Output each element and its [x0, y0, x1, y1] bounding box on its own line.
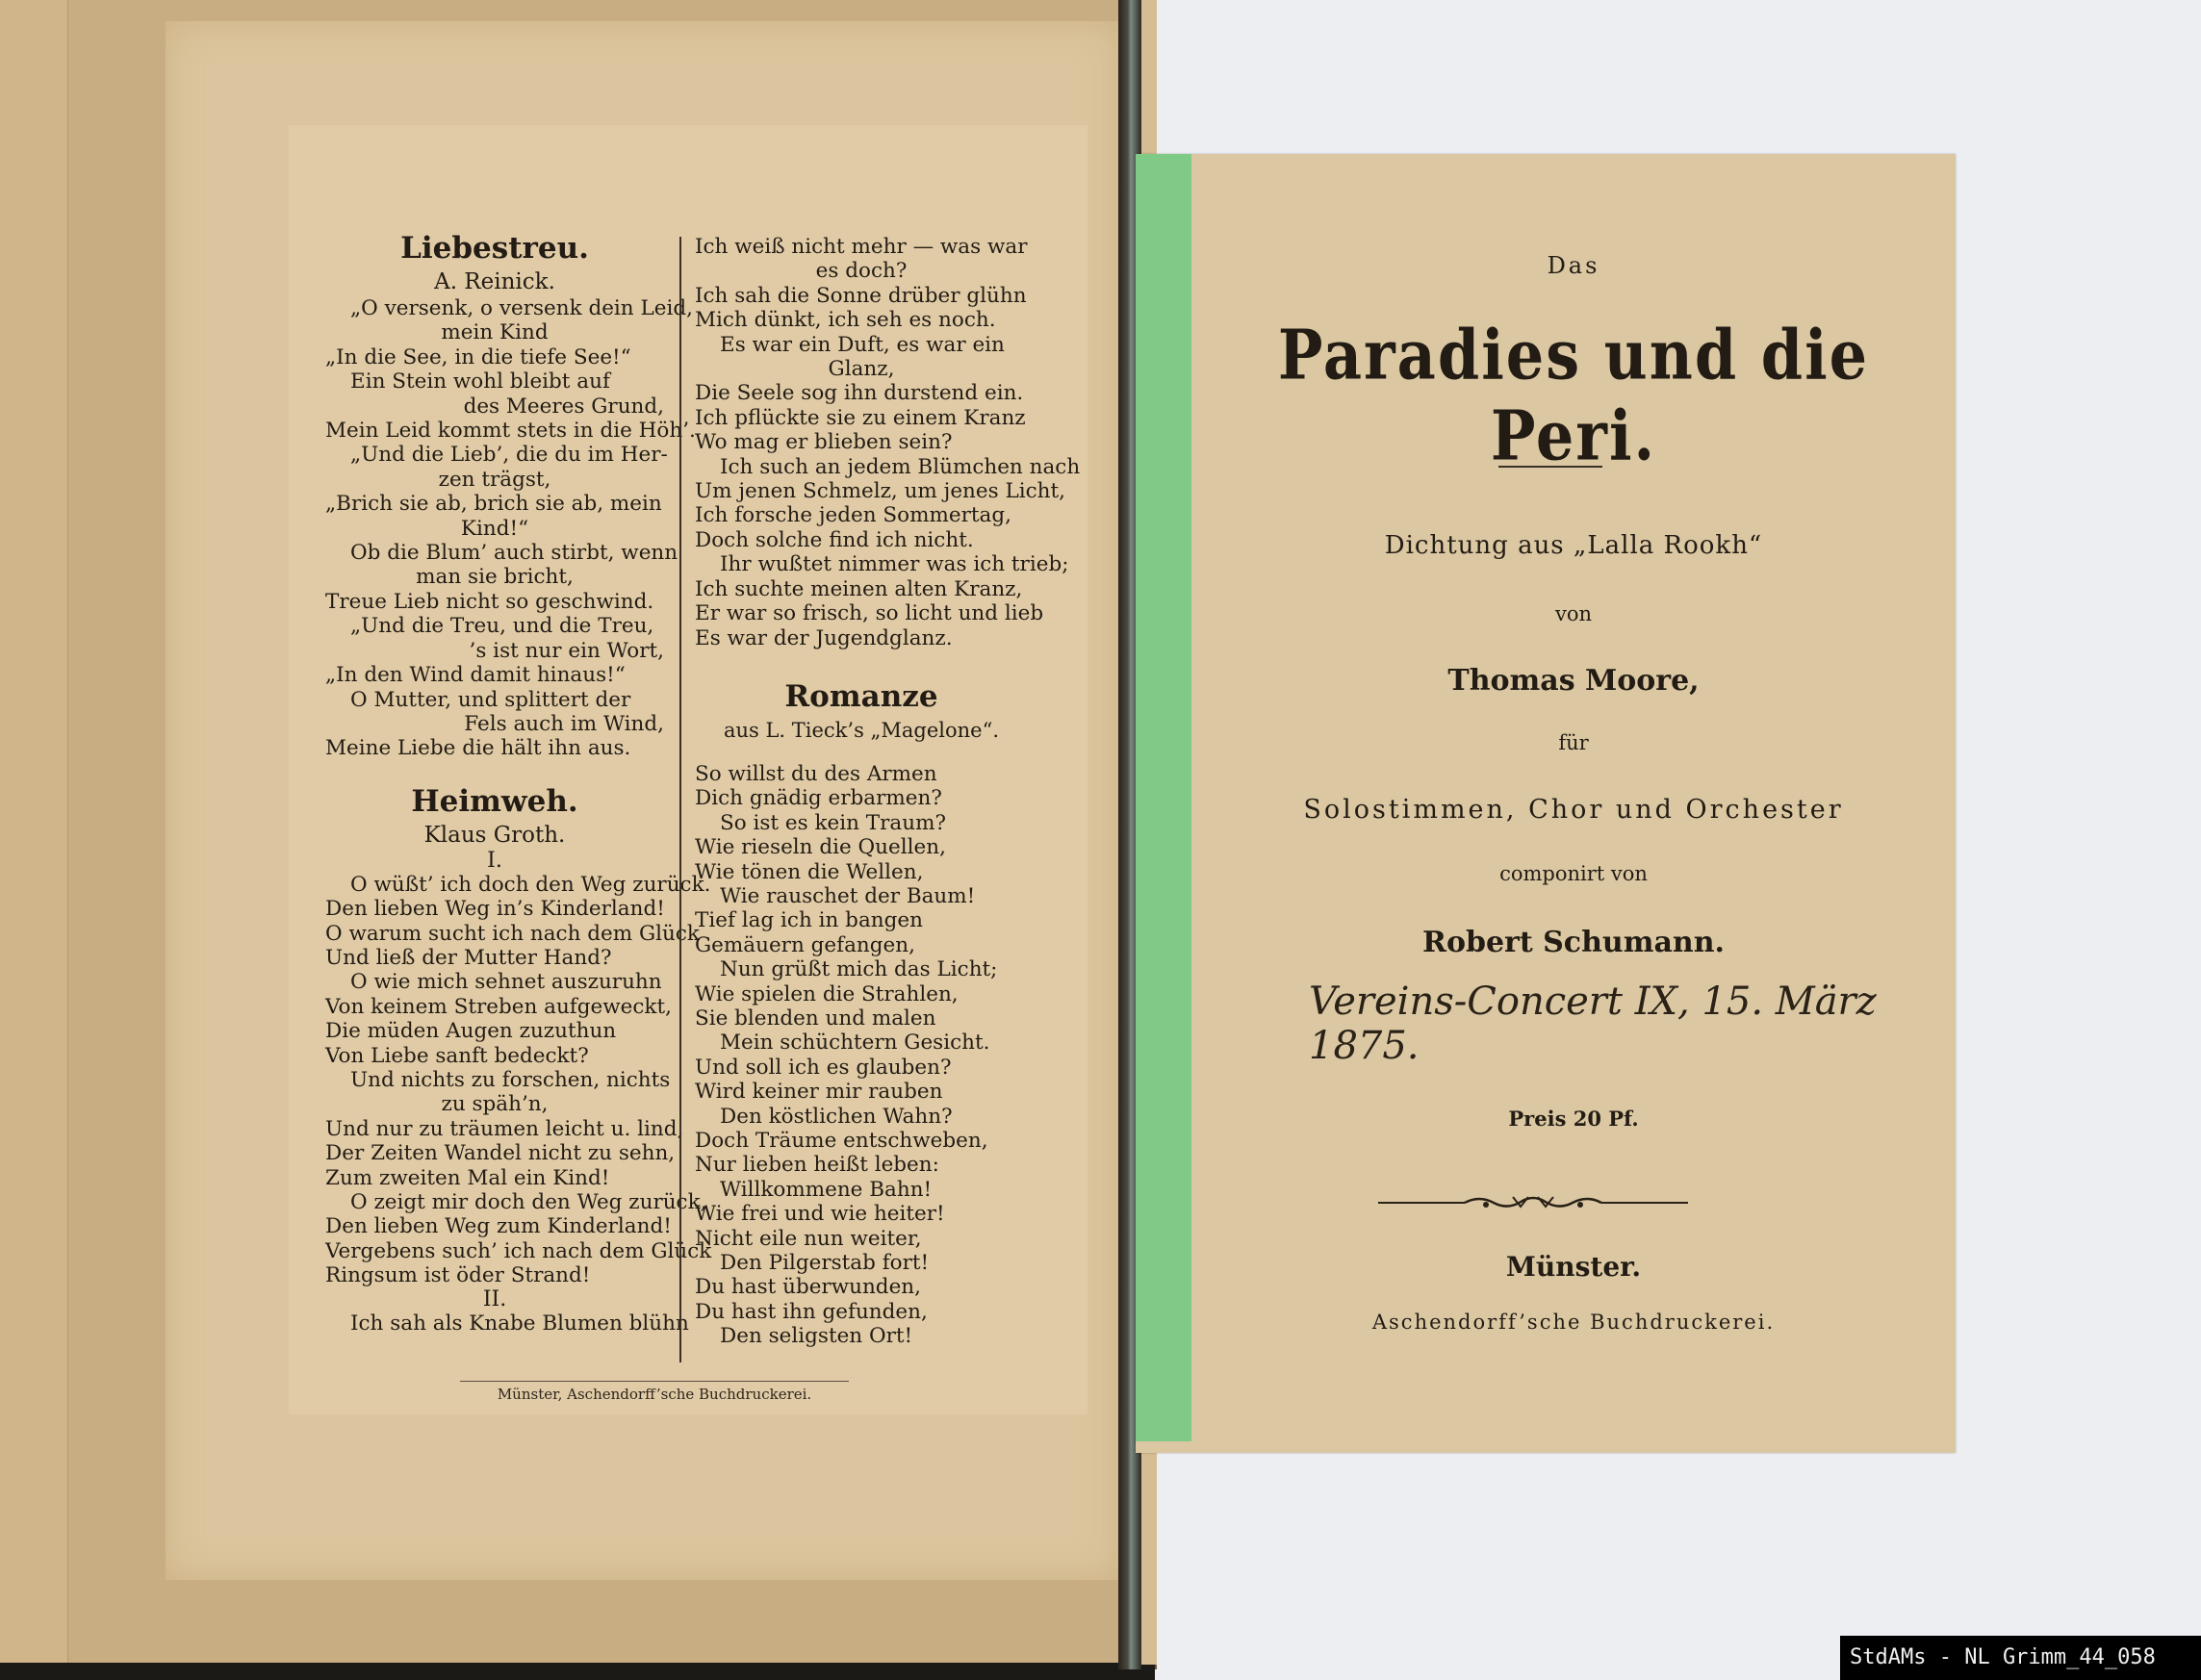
- poem-line: Nur lieben heißt leben:: [695, 1153, 1028, 1177]
- ornament-divider-icon: [1378, 1193, 1688, 1212]
- poem-line: Doch solche find ich nicht.: [695, 528, 1028, 552]
- poem-line: Um jenen Schmelz, um jenes Licht,: [695, 479, 1028, 503]
- poem-line: Nicht eile nun weiter,: [695, 1227, 1028, 1251]
- poem-line: O Mutter, und splittert der: [325, 688, 664, 712]
- poem-line: Wie spielen die Strahlen,: [695, 982, 1028, 1006]
- title-price: Preis 20 Pf.: [1193, 1107, 1954, 1131]
- poem-line: „In die See, in die tiefe See!“: [325, 345, 664, 369]
- poem-line: Ich pflückte sie zu einem Kranz: [695, 406, 1028, 430]
- poem-subtitle-magelone: aus L. Tieck’s „Magelone“.: [695, 716, 1028, 745]
- poem-line: zen trägst,: [325, 468, 664, 492]
- poem-line: „Und die Treu, und die Treu,: [325, 614, 664, 638]
- poem-line: O zeigt mir doch den Weg zurück,: [325, 1190, 664, 1214]
- green-binding-strip: [1136, 154, 1191, 1441]
- left-board-edge: [0, 0, 68, 1669]
- poem-line: Wo mag er blieben sein?: [695, 430, 1028, 454]
- poem-line: Zum zweiten Mal ein Kind!: [325, 1166, 664, 1190]
- poem-line: O warum sucht ich nach dem Glück: [325, 922, 664, 946]
- left-page-column-right: Ich weiß nicht mehr — was war es doch? I…: [695, 235, 1028, 1349]
- poem-line: Ich suchte meinen alten Kranz,: [695, 577, 1028, 601]
- poem-line: Mein schüchtern Gesicht.: [695, 1031, 1028, 1055]
- poem-line: Meine Liebe die hält ihn aus.: [325, 736, 664, 760]
- poem-line: Den seligsten Ort!: [695, 1324, 1028, 1348]
- title-scoring: Solostimmen, Chor und Orchester: [1193, 795, 1954, 825]
- poem-line: Wie tönen die Wellen,: [695, 860, 1028, 884]
- poem-line: „Brich sie ab, brich sie ab, mein: [325, 492, 664, 516]
- handwritten-annotation: Vereins-Concert IX, 15. März 1875.: [1309, 980, 1886, 1068]
- title-von: von: [1193, 602, 1954, 625]
- poem-line: Fels auch im Wind,: [325, 712, 664, 736]
- poem-line: Wird keiner mir rauben: [695, 1080, 1028, 1104]
- poem-line: Ein Stein wohl bleibt auf: [325, 369, 664, 394]
- poem-heimweh-text: O wüßt’ ich doch den Weg zurück. Den lie…: [325, 873, 664, 1288]
- poem-line: Den lieben Weg in’s Kinderland!: [325, 897, 664, 921]
- poem-line: Die Seele sog ihn durstend ein.: [695, 381, 1028, 405]
- poem-line: O wüßt’ ich doch den Weg zurück.: [325, 873, 664, 897]
- poem-line: Die müden Augen zuzuthun: [325, 1019, 664, 1043]
- poem-line: Ich sah die Sonne drüber glühn: [695, 284, 1028, 308]
- poem-liebestreu-text: „O versenk, o versenk dein Leid, mein Ki…: [325, 296, 664, 761]
- poem-line: Ob die Blum’ auch stirbt, wenn: [325, 541, 664, 565]
- poem-part-number: I.: [325, 850, 664, 873]
- poem-line: Doch Träume entschweben,: [695, 1129, 1028, 1153]
- poem-line: des Meeres Grund,: [325, 395, 664, 419]
- poem-line: Du hast überwunden,: [695, 1275, 1028, 1299]
- left-page-imprint: Münster, Aschendorff’sche Buchdruckerei.: [460, 1386, 849, 1403]
- title-printer: Aschendorff’sche Buchdruckerei.: [1193, 1311, 1954, 1334]
- title-componirt: componirt von: [1193, 862, 1954, 885]
- poem-line: zu späh’n,: [325, 1092, 664, 1116]
- title-place: Münster.: [1193, 1251, 1954, 1283]
- poem-line: Ringsum ist öder Strand!: [325, 1263, 664, 1287]
- poem-line: mein Kind: [325, 320, 664, 344]
- poem-line: Wie frei und wie heiter!: [695, 1202, 1028, 1226]
- poem-line: Ich forsche jeden Sommertag,: [695, 503, 1028, 527]
- poem-line: Willkommene Bahn!: [695, 1178, 1028, 1202]
- poem-line: Den lieben Weg zum Kinderland!: [325, 1214, 664, 1238]
- poem-heimweh-continuation: Ich weiß nicht mehr — was war es doch? I…: [695, 235, 1028, 650]
- poem-line: Und ließ der Mutter Hand?: [325, 946, 664, 970]
- poem-line: Es war ein Duft, es war ein: [695, 333, 1028, 357]
- poem-line: Von Liebe sanft bedeckt?: [325, 1044, 664, 1068]
- poem-romanze-text: So willst du des Armen Dich gnädig erbar…: [695, 762, 1028, 1349]
- poem-line: Und nur zu träumen leicht u. lind,: [325, 1117, 664, 1141]
- title-article: Das: [1193, 252, 1954, 279]
- poem-line: So ist es kein Traum?: [695, 811, 1028, 835]
- poem-line: So willst du des Armen: [695, 762, 1028, 786]
- poem-line: „Und die Lieb’, die du im Her-: [325, 443, 664, 467]
- title-rule: [1498, 466, 1602, 468]
- poem-author-groth: Klaus Groth.: [325, 821, 664, 850]
- poem-line: Gemäuern gefangen,: [695, 933, 1028, 957]
- poem-line: Ich such an jedem Blümchen nach: [695, 455, 1028, 479]
- poem-line: Von keinem Streben aufgeweckt,: [325, 995, 664, 1019]
- poem-line: Mein Leid kommt stets in die Höh’.: [325, 419, 664, 443]
- poem-line: „In den Wind damit hinaus!“: [325, 663, 664, 687]
- scan-shadow: [0, 1663, 1155, 1680]
- title-poet: Thomas Moore,: [1193, 664, 1954, 698]
- footer-rule: [460, 1381, 849, 1382]
- column-divider: [679, 237, 681, 1362]
- poem-line: Wie rauschet der Baum!: [695, 884, 1028, 908]
- poem-line: Ich sah als Knabe Blumen blühn: [325, 1311, 664, 1336]
- poem-line: O wie mich sehnet auszuruhn: [325, 970, 664, 994]
- poem-line: Mich dünkt, ich seh es noch.: [695, 308, 1028, 332]
- poem-line: Glanz,: [695, 357, 1028, 381]
- poem-line: Es war der Jugendglanz.: [695, 626, 1028, 650]
- poem-line: Ich weiß nicht mehr — was war: [695, 235, 1028, 259]
- poem-line: Kind!“: [325, 517, 664, 541]
- poem-line: Treue Lieb nicht so geschwind.: [325, 590, 664, 614]
- poem-line: Den Pilgerstab fort!: [695, 1251, 1028, 1275]
- title-source: Dichtung aus „Lalla Rookh“: [1193, 531, 1954, 560]
- archive-signature-label: StdAMs - NL Grimm_44_058: [1840, 1636, 2201, 1680]
- poem-line: Und nichts zu forschen, nichts: [325, 1068, 664, 1092]
- poem-line: Vergebens such’ ich nach dem Glück: [325, 1239, 664, 1263]
- poem-title-romanze: Romanze: [695, 677, 1028, 716]
- poem-line: Sie blenden und malen: [695, 1006, 1028, 1031]
- poem-line: Der Zeiten Wandel nicht zu sehn,: [325, 1141, 664, 1165]
- poem-line: Ihr wußtet nimmer was ich trieb;: [695, 552, 1028, 576]
- poem-line: „O versenk, o versenk dein Leid,: [325, 296, 664, 320]
- title-composer: Robert Schumann.: [1193, 926, 1954, 959]
- poem-line: Du hast ihn gefunden,: [695, 1300, 1028, 1324]
- poem-line: man sie bricht,: [325, 565, 664, 589]
- poem-title-liebestreu: Liebestreu.: [325, 229, 664, 267]
- poem-title-heimweh: Heimweh.: [325, 782, 664, 821]
- poem-line: es doch?: [695, 259, 1028, 283]
- poem-line: Den köstlichen Wahn?: [695, 1105, 1028, 1129]
- poem-line: Tief lag ich in bangen: [695, 908, 1028, 932]
- poem-line: ’s ist nur ein Wort,: [325, 639, 664, 663]
- poem-part-number: II.: [325, 1288, 664, 1311]
- poem-line: Dich gnädig erbarmen?: [695, 786, 1028, 810]
- left-page-column-left: Liebestreu. A. Reinick. „O versenk, o ve…: [325, 229, 664, 1336]
- poem-line: Nun grüßt mich das Licht;: [695, 957, 1028, 981]
- title-fuer: für: [1193, 731, 1954, 754]
- poem-author-reinick: A. Reinick.: [325, 267, 664, 296]
- poem-line: Und soll ich es glauben?: [695, 1056, 1028, 1080]
- page-title: Paradies und die Peri.: [1193, 315, 1954, 476]
- poem-line: Er war so frisch, so licht und lieb: [695, 601, 1028, 625]
- poem-line: Wie rieseln die Quellen,: [695, 835, 1028, 859]
